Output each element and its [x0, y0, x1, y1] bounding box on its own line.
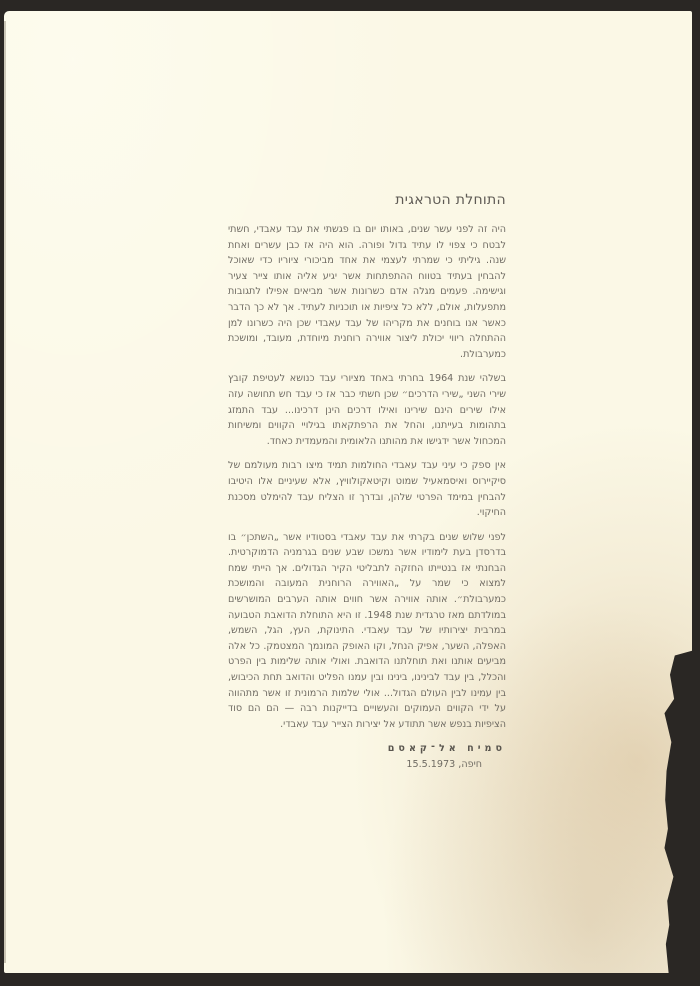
author-signature: סמיח אל־קאסם — [228, 741, 506, 757]
article: התוחלת הטראגית היה זה לפני עשר שנים, באו… — [228, 222, 506, 773]
paragraph-2: בשלהי שנת 1964 בחרתי באחד מציורי עבד כנו… — [228, 371, 506, 449]
page-binding-edge — [4, 21, 6, 963]
paragraph-4: לפני שלוש שנים בקרתי את עבד עאבדי בסטודי… — [228, 530, 506, 733]
article-title: התוחלת הטראגית — [228, 190, 506, 210]
place-and-date: חיפה, 15.5.1973 — [228, 757, 482, 773]
paragraph-1: היה זה לפני עשר שנים, באותו יום בו פגשתי… — [228, 222, 506, 362]
paragraph-3: אין ספק כי עיני עבד עאבדי החולמות תמיד מ… — [228, 458, 506, 520]
